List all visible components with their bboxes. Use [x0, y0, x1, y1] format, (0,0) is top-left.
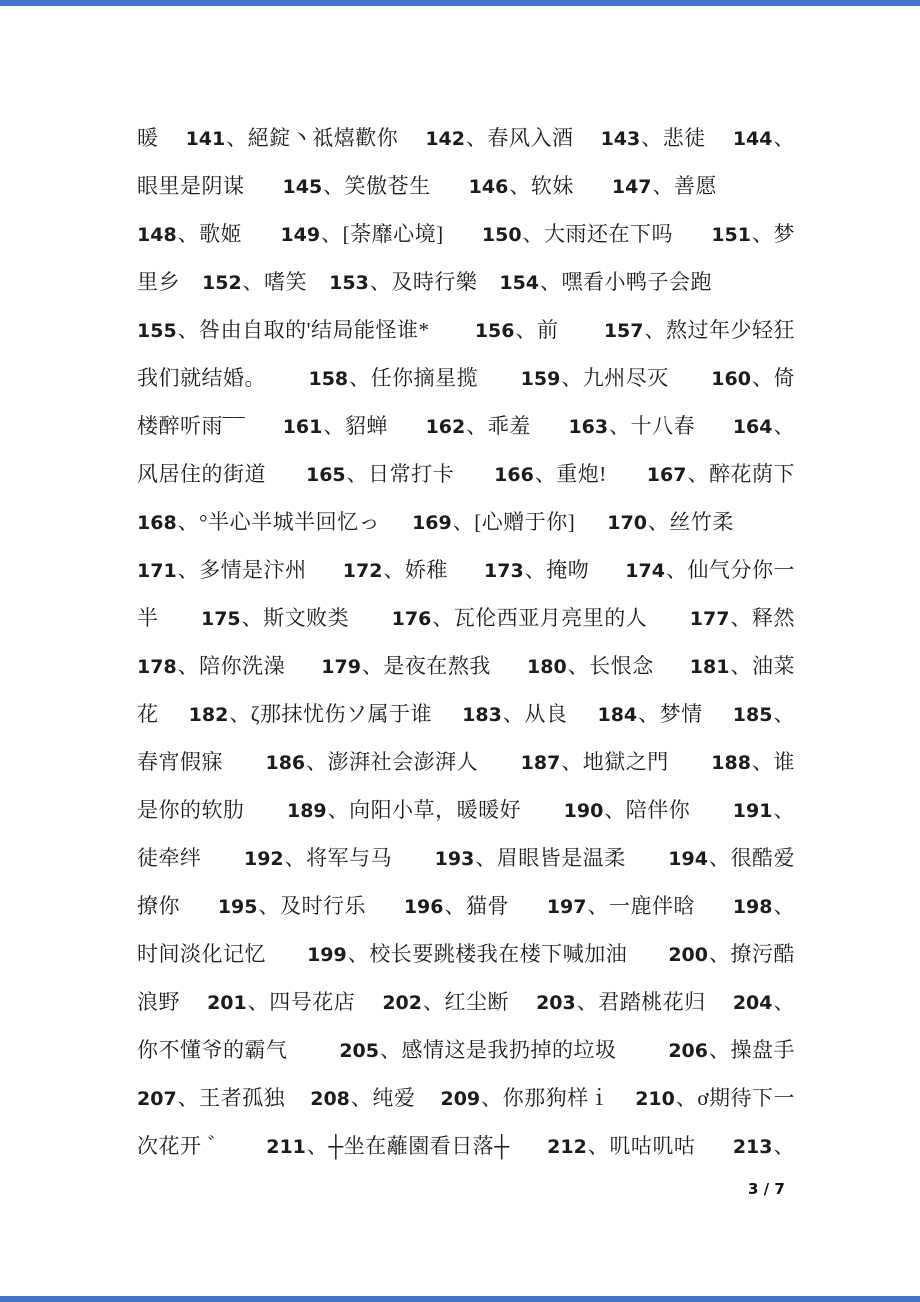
entry-number: 146: [469, 176, 510, 198]
entry-number: 175: [201, 608, 242, 630]
entry-number: 162: [426, 416, 467, 438]
text-line: 我们就结婚。158、任你摘星揽159、九州尽灭160、倚: [137, 353, 795, 401]
list-entry: 193、眉眼皆是温柔: [435, 842, 626, 872]
entry-number: 181: [690, 656, 731, 678]
list-entry: 190、陪伴你: [564, 794, 691, 824]
entry-number: 164: [733, 416, 774, 438]
entry-number: 152: [202, 272, 243, 294]
entry-number: 169: [412, 512, 453, 534]
list-entry: 我们就结婚。: [137, 362, 266, 392]
entry-number: 167: [647, 464, 688, 486]
text-line: 148、歌姬149、[荼靡心境]150、大雨还在下吗151、梦: [137, 209, 795, 257]
list-entry: 143、悲徒: [601, 122, 706, 152]
list-entry: 201、四号花店: [207, 986, 355, 1016]
entry-number: 182: [189, 704, 230, 726]
list-entry: 212、叽咕叽咕: [547, 1130, 695, 1160]
list-entry: 169、[心赠于你]: [412, 506, 575, 536]
list-entry: 151、梦: [711, 218, 795, 248]
entry-number: 190: [564, 800, 605, 822]
entry-number: 160: [711, 368, 752, 390]
list-entry: 172、娇稚: [343, 554, 448, 584]
entry-number: 151: [711, 224, 752, 246]
text-line: 里乡152、嗜笑153、及時行樂154、嘿看小鸭子会跑: [137, 257, 795, 305]
entry-number: 201: [207, 992, 248, 1014]
list-entry: 141、絕錠丶祗熺歡你: [186, 122, 399, 152]
entry-number: 161: [283, 416, 324, 438]
list-entry: 204、: [733, 986, 795, 1016]
list-entry: 158、任你摘星揽: [308, 362, 478, 392]
list-entry: 164、: [733, 410, 795, 440]
list-entry: 183、从良: [462, 698, 567, 728]
entry-number: 202: [382, 992, 423, 1014]
list-entry: 半: [137, 602, 159, 632]
entry-number: 197: [547, 896, 588, 918]
list-entry: 165、日常打卡: [306, 458, 454, 488]
text-line: 时间淡化记忆199、校长要跳楼我在楼下喊加油200、撩污酷: [137, 929, 795, 977]
entry-number: 156: [475, 320, 516, 342]
list-entry: 144、: [733, 122, 795, 152]
entry-number: 166: [494, 464, 535, 486]
entry-number: 172: [343, 560, 384, 582]
text-line: 风居住的街道165、日常打卡166、重炮!167、醉花荫下: [137, 449, 795, 497]
entry-number: 173: [484, 560, 525, 582]
list-entry: 207、王者孤独: [137, 1082, 285, 1112]
text-line: 楼醉听雨¯¯161、貂蝉162、乖羞163、十八春164、: [137, 401, 795, 449]
list-entry: 150、大雨还在下吗: [482, 218, 673, 248]
list-entry: 156、前: [475, 314, 559, 344]
entry-number: 145: [283, 176, 324, 198]
list-entry: 181、油菜: [690, 650, 795, 680]
entry-number: 205: [339, 1040, 380, 1062]
list-entry: 153、及時行樂: [329, 266, 477, 296]
list-entry: 197、一鹿伴晗: [547, 890, 695, 920]
text-line: 眼里是阴谋145、笑傲苍生146、软妹147、善愿: [137, 161, 795, 209]
list-entry: 春宵假寐: [137, 746, 223, 776]
list-entry: 184、梦情: [597, 698, 702, 728]
text-line: 你不懂爷的霸气205、感情这是我扔掉的垃圾206、操盘手: [137, 1025, 795, 1073]
list-entry: 161、貂蝉: [283, 410, 388, 440]
list-entry: 157、熬过年少轻狂: [604, 314, 795, 344]
list-entry: 楼醉听雨¯¯: [137, 410, 245, 440]
entry-number: 155: [137, 320, 178, 342]
entry-number: 192: [244, 848, 285, 870]
entry-number: 148: [137, 224, 178, 246]
list-entry: 171、多情是汴州: [137, 554, 307, 584]
list-entry: 撩你: [137, 890, 180, 920]
text-line: 春宵假寐186、澎湃社会澎湃人187、地獄之門188、谁: [137, 737, 795, 785]
list-entry: 191、: [733, 794, 795, 824]
entry-number: 158: [308, 368, 349, 390]
list-entry: 180、长恨念: [527, 650, 654, 680]
entry-number: 206: [668, 1040, 709, 1062]
entry-number: 193: [435, 848, 476, 870]
list-entry: 182、ζ那抹忧伤ソ属于谁: [189, 698, 432, 728]
entry-number: 212: [547, 1136, 588, 1158]
entry-number: 199: [307, 944, 348, 966]
entry-number: 184: [597, 704, 638, 726]
list-entry: 风居住的街道: [137, 458, 266, 488]
list-entry: 189、向阳小草，暖暖好: [287, 794, 521, 824]
text-line: 178、陪你洗澡179、是夜在熬我180、长恨念181、油菜: [137, 641, 795, 689]
list-entry: 173、掩吻: [484, 554, 589, 584]
list-entry: 203、君踏桃花归: [536, 986, 706, 1016]
list-entry: 163、十八春: [568, 410, 695, 440]
entry-number: 186: [265, 752, 306, 774]
entry-number: 163: [568, 416, 609, 438]
entry-number: 207: [137, 1088, 178, 1110]
list-entry: 暖: [137, 122, 159, 152]
page-number: 3 / 7: [748, 1180, 785, 1198]
list-entry: 177、释然: [690, 602, 795, 632]
entry-number: 147: [612, 176, 653, 198]
entry-number: 178: [137, 656, 178, 678]
list-entry: 160、倚: [711, 362, 795, 392]
list-entry: 是你的软肋: [137, 794, 245, 824]
list-entry: 你不懂爷的霸气: [137, 1034, 288, 1064]
entry-number: 188: [711, 752, 752, 774]
list-entry: 次花开 ゛: [137, 1130, 229, 1160]
entry-number: 203: [536, 992, 577, 1014]
list-entry: 208、纯爱: [310, 1082, 415, 1112]
entry-number: 200: [668, 944, 709, 966]
list-entry: 178、陪你洗澡: [137, 650, 285, 680]
list-entry: 187、地獄之門: [521, 746, 669, 776]
list-entry: 浪野: [137, 986, 180, 1016]
entry-number: 211: [266, 1136, 307, 1158]
text-line: 次花开 ゛211、┼坐在蘺園看日落┼212、叽咕叽咕213、: [137, 1121, 795, 1169]
entry-number: 183: [462, 704, 503, 726]
list-entry: 202、红尘断: [382, 986, 509, 1016]
entry-number: 149: [280, 224, 321, 246]
list-entry: 170、丝竹柔: [607, 506, 734, 536]
list-entry: 142、春风入酒: [425, 122, 573, 152]
entry-number: 177: [690, 608, 731, 630]
entry-number: 208: [310, 1088, 351, 1110]
list-entry: 196、猫骨: [404, 890, 509, 920]
list-entry: 147、善愿: [612, 170, 717, 200]
list-entry: 146、软妹: [469, 170, 574, 200]
list-entry: 198、: [733, 890, 795, 920]
entry-number: 176: [392, 608, 433, 630]
list-entry: 213、: [733, 1130, 795, 1160]
list-entry: 206、操盘手: [668, 1034, 795, 1064]
list-entry: 168、°半心半城半回忆っ: [137, 506, 380, 536]
text-line: 浪野201、四号花店202、红尘断203、君踏桃花归204、: [137, 977, 795, 1025]
document-body: 暖141、絕錠丶祗熺歡你142、春风入酒143、悲徒144、眼里是阴谋145、笑…: [137, 113, 795, 1169]
entry-number: 213: [733, 1136, 774, 1158]
page-border-bottom: [0, 1296, 920, 1302]
list-entry: 159、九州尽灭: [521, 362, 669, 392]
entry-number: 170: [607, 512, 648, 534]
entry-number: 150: [482, 224, 523, 246]
list-entry: 155、咎由自取的'结局能怪谁*: [137, 314, 429, 344]
list-entry: 148、歌姬: [137, 218, 242, 248]
list-entry: 200、撩污酷: [668, 938, 795, 968]
entry-number: 209: [440, 1088, 481, 1110]
list-entry: 152、嗜笑: [202, 266, 307, 296]
entry-number: 174: [625, 560, 666, 582]
list-entry: 210、ơ期待下一: [635, 1082, 795, 1112]
list-entry: 166、重炮!: [494, 458, 607, 488]
list-entry: 192、将军与马: [244, 842, 392, 872]
entry-number: 143: [601, 128, 642, 150]
list-entry: 149、[荼靡心境]: [280, 218, 443, 248]
entry-number: 179: [321, 656, 362, 678]
page-border-top: [0, 0, 920, 6]
text-line: 171、多情是汴州172、娇稚173、掩吻174、仙气分你一: [137, 545, 795, 593]
list-entry: 185、: [733, 698, 795, 728]
entry-number: 159: [521, 368, 562, 390]
text-line: 暖141、絕錠丶祗熺歡你142、春风入酒143、悲徒144、: [137, 113, 795, 161]
entry-number: 195: [218, 896, 259, 918]
entry-number: 180: [527, 656, 568, 678]
list-entry: 162、乖羞: [426, 410, 531, 440]
list-entry: 175、斯文败类: [201, 602, 349, 632]
entry-number: 165: [306, 464, 347, 486]
text-line: 花182、ζ那抹忧伤ソ属于谁183、从良184、梦情185、: [137, 689, 795, 737]
text-line: 155、咎由自取的'结局能怪谁*156、前157、熬过年少轻狂: [137, 305, 795, 353]
list-entry: 花: [137, 698, 159, 728]
entry-number: 187: [521, 752, 562, 774]
list-entry: 209、你那狗样ｉ: [440, 1082, 610, 1112]
list-entry: 176、瓦伦西亚月亮里的人: [392, 602, 648, 632]
text-line: 徒牵绊192、将军与马193、眉眼皆是温柔194、很酷爱: [137, 833, 795, 881]
text-line: 撩你195、及时行乐196、猫骨197、一鹿伴晗198、: [137, 881, 795, 929]
entry-number: 185: [733, 704, 774, 726]
text-line: 半175、斯文败类176、瓦伦西亚月亮里的人177、释然: [137, 593, 795, 641]
entry-number: 204: [733, 992, 774, 1014]
entry-number: 189: [287, 800, 328, 822]
list-entry: 145、笑傲苍生: [283, 170, 431, 200]
list-entry: 167、醉花荫下: [647, 458, 795, 488]
list-entry: 194、很酷爱: [668, 842, 795, 872]
list-entry: 时间淡化记忆: [137, 938, 266, 968]
text-line: 207、王者孤独208、纯爱209、你那狗样ｉ210、ơ期待下一: [137, 1073, 795, 1121]
text-line: 是你的软肋189、向阳小草，暖暖好190、陪伴你191、: [137, 785, 795, 833]
entry-number: 171: [137, 560, 178, 582]
list-entry: 徒牵绊: [137, 842, 202, 872]
entry-number: 194: [668, 848, 709, 870]
list-entry: 186、澎湃社会澎湃人: [265, 746, 478, 776]
entry-number: 153: [329, 272, 370, 294]
list-entry: 眼里是阴谋: [137, 170, 245, 200]
list-entry: 211、┼坐在蘺園看日落┼: [266, 1130, 509, 1160]
list-entry: 里乡: [137, 266, 180, 296]
list-entry: 195、及时行乐: [218, 890, 366, 920]
entry-number: 198: [733, 896, 774, 918]
entry-number: 210: [635, 1088, 676, 1110]
list-entry: 174、仙气分你一: [625, 554, 795, 584]
text-line: 168、°半心半城半回忆っ169、[心赠于你]170、丝竹柔: [137, 497, 795, 545]
list-entry: 154、嘿看小鸭子会跑: [499, 266, 712, 296]
list-entry: 188、谁: [711, 746, 795, 776]
entry-number: 157: [604, 320, 645, 342]
entry-number: 141: [186, 128, 227, 150]
entry-number: 168: [137, 512, 178, 534]
list-entry: 199、校长要跳楼我在楼下喊加油: [307, 938, 627, 968]
entry-number: 144: [733, 128, 774, 150]
entry-number: 154: [499, 272, 540, 294]
entry-number: 142: [425, 128, 466, 150]
list-entry: 205、感情这是我扔掉的垃圾: [339, 1034, 616, 1064]
entry-number: 196: [404, 896, 445, 918]
entry-number: 191: [733, 800, 774, 822]
list-entry: 179、是夜在熬我: [321, 650, 491, 680]
